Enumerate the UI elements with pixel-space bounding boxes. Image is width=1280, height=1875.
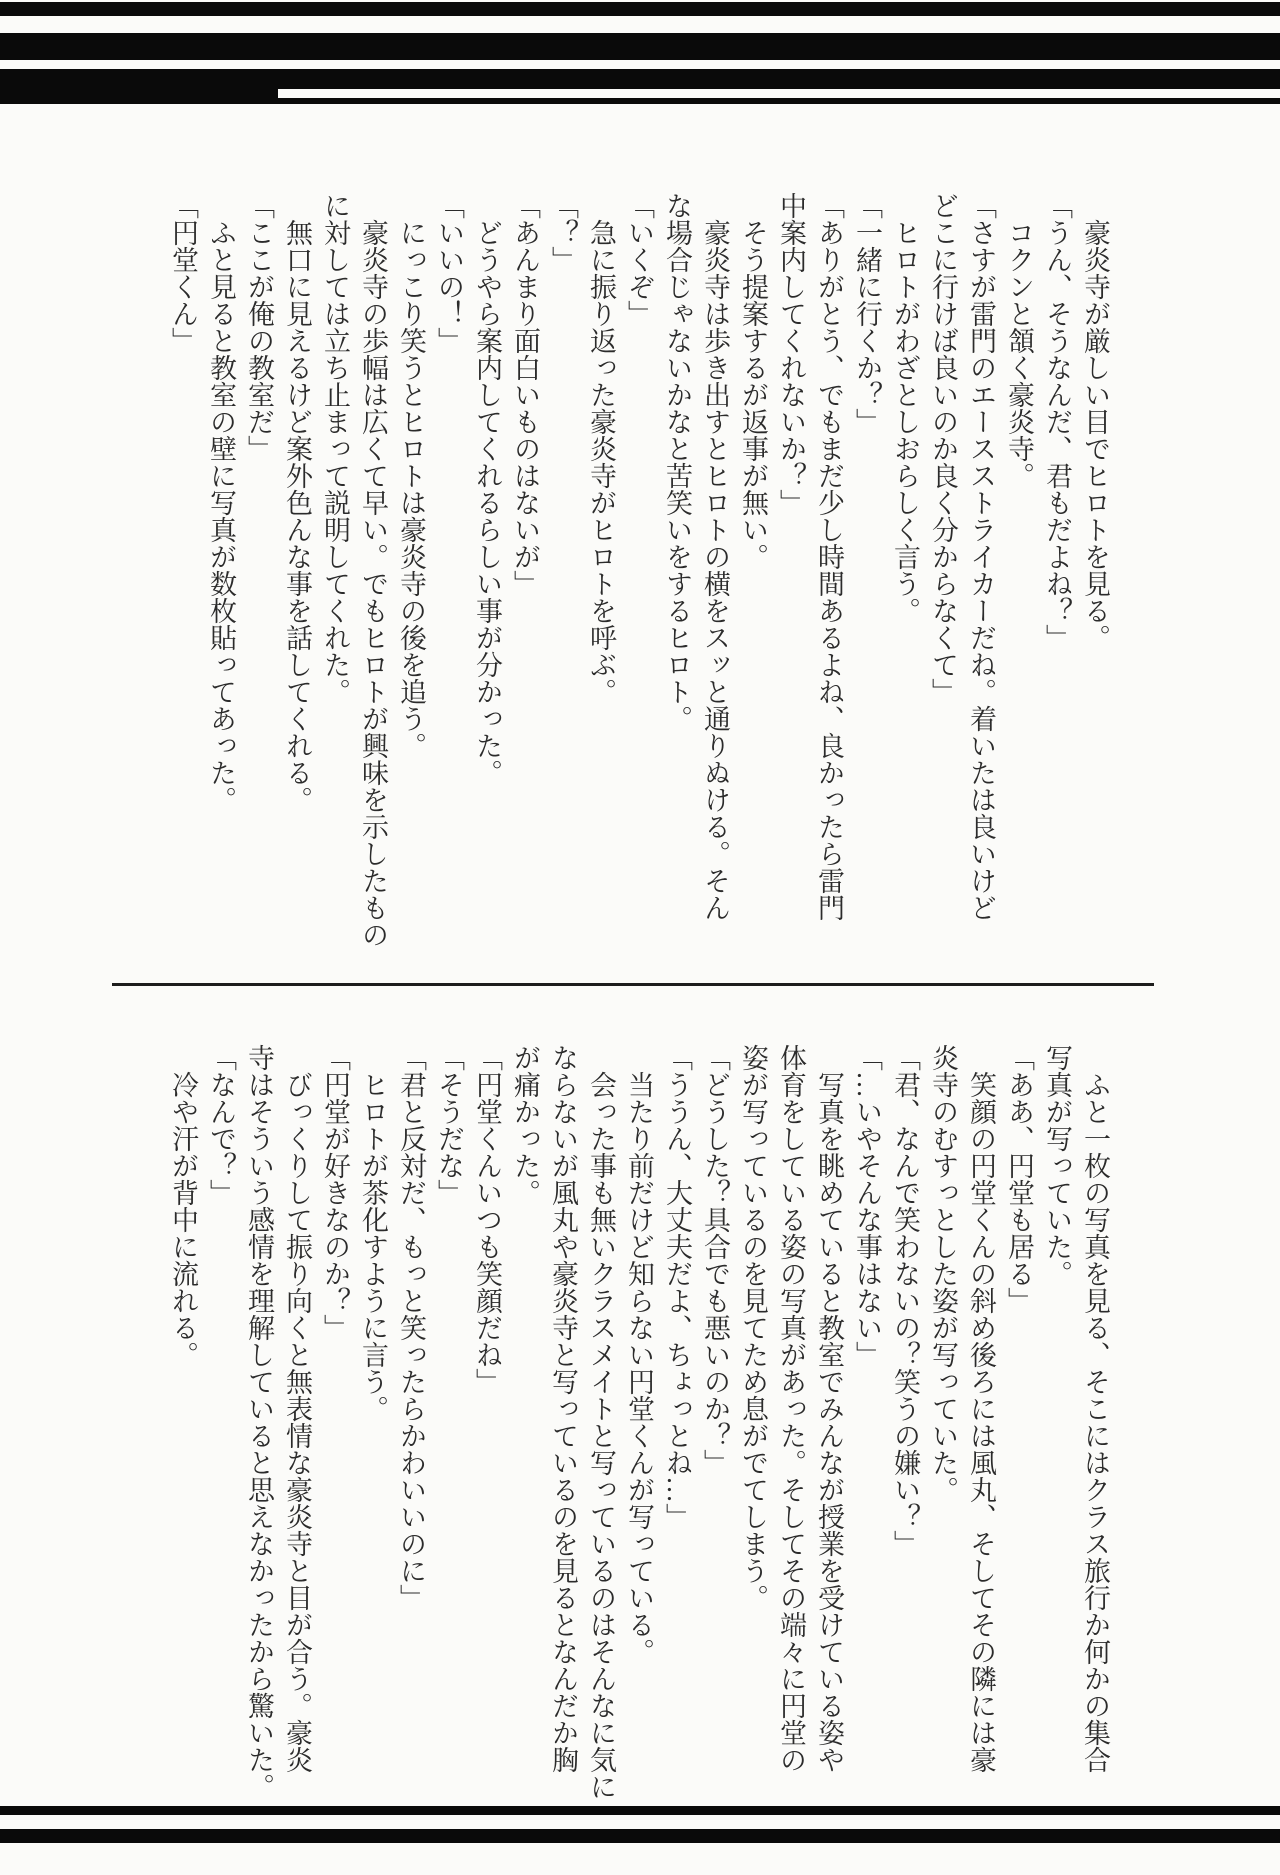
scanned-novel-page: 豪炎寺が厳しい目でヒロトを見る。「うん、そうなんだ、君もだよね？」 コクンと頷く… (0, 0, 1280, 1875)
text-column: 中案内してくれないか？」 (772, 192, 810, 937)
text-column: 「…いやそんな事はない」 (848, 1044, 886, 1810)
text-column: 笑顔の円堂くんの斜め後ろには風丸、そしてその隣には豪 (962, 1044, 1000, 1810)
text-column: 「君、なんで笑わないの？笑うの嫌い？」 (886, 1044, 924, 1810)
text-column: に対しては立ち止まって説明してくれた。 (316, 192, 354, 937)
text-column: 体育をしている姿の写真があった。そしてその端々に円堂の (772, 1044, 810, 1810)
bottom-stripe-2 (0, 1829, 1280, 1843)
text-column: 「一緒に行くか？」 (848, 192, 886, 937)
text-column: が痛かった。 (506, 1044, 544, 1810)
text-column: そう提案するが返事が無い。 (734, 192, 772, 937)
section-divider (112, 983, 1154, 986)
text-column: 無口に見えるけど案外色んな事を話してくれる。 (278, 192, 316, 937)
text-column: 「さすが雷門のエースストライカーだね。着いたは良いけど (962, 192, 1000, 937)
text-column: 写真が写っていた。 (1038, 1044, 1076, 1810)
text-column: どこに行けば良いのか良く分からなくて」 (924, 192, 962, 937)
text-column: 「？」 (544, 192, 582, 937)
text-column: 「ここが俺の教室だ」 (240, 192, 278, 937)
text-column: 写真を眺めていると教室でみんなが授業を受けている姿や (810, 1044, 848, 1810)
text-column: 「そうだな」 (430, 1044, 468, 1810)
text-column: どうやら案内してくれるらしい事が分かった。 (468, 192, 506, 937)
text-column: ヒロトが茶化すように言う。 (354, 1044, 392, 1810)
text-column: 「なんで？」 (202, 1044, 240, 1810)
text-column: 「ううん、大丈夫だよ、ちょっとね…」 (658, 1044, 696, 1810)
text-column: びっくりして振り向くと無表情な豪炎寺と目が合う。豪炎 (278, 1044, 316, 1810)
text-column: 「いくぞ」 (620, 192, 658, 937)
text-column: 「ああ、円堂も居る」 (1000, 1044, 1038, 1810)
text-column: 「円堂くん」 (164, 192, 202, 937)
text-column: 「円堂が好きなのか？」 (316, 1044, 354, 1810)
text-column: ふと見ると教室の壁に写真が数枚貼ってあった。 (202, 192, 240, 937)
text-column: コクンと頷く豪炎寺。 (1000, 192, 1038, 937)
text-column: 急に振り返った豪炎寺がヒロトを呼ぶ。 (582, 192, 620, 937)
bottom-stripe-1 (0, 1806, 1280, 1815)
text-column: 姿が写っているのを見てため息がでてしまう。 (734, 1044, 772, 1810)
text-column: 冷や汗が背中に流れる。 (164, 1044, 202, 1810)
text-block-bottom: ふと一枚の写真を見る、そこにはクラス旅行か何かの集合写真が写っていた。「ああ、円… (164, 1044, 1114, 1810)
top-stripe-2 (0, 33, 1280, 60)
text-column: 豪炎寺が厳しい目でヒロトを見る。 (1076, 192, 1114, 937)
text-block-top: 豪炎寺が厳しい目でヒロトを見る。「うん、そうなんだ、君もだよね？」 コクンと頷く… (164, 192, 1114, 937)
text-column: ふと一枚の写真を見る、そこにはクラス旅行か何かの集合 (1076, 1044, 1114, 1810)
text-column: 「君と反対だ、もっと笑ったらかわいいのに」 (392, 1044, 430, 1810)
text-column: 当たり前だけど知らない円堂くんが写っている。 (620, 1044, 658, 1810)
text-column: にっこり笑うとヒロトは豪炎寺の後を追う。 (392, 192, 430, 937)
text-column: な場合じゃないかなと苦笑いをするヒロト。 (658, 192, 696, 937)
text-column: ならないが風丸や豪炎寺と写っているのを見るとなんだか胸 (544, 1044, 582, 1810)
text-column: 会った事も無いクラスメイトと写っているのはそんなに気に (582, 1044, 620, 1810)
text-column: ヒロトがわざとしおらしく言う。 (886, 192, 924, 937)
text-column: 「ありがとう、でもまだ少し時間あるよね、良かったら雷門 (810, 192, 848, 937)
text-column: 「円堂くんいつも笑顔だね」 (468, 1044, 506, 1810)
text-column: 「いいの！」 (430, 192, 468, 937)
text-column: 「どうした？具合でも悪いのか？」 (696, 1044, 734, 1810)
text-column: 「うん、そうなんだ、君もだよね？」 (1038, 192, 1076, 937)
top-stripe-4 (0, 98, 1280, 104)
top-stripe-1 (0, 2, 1280, 16)
text-column: 寺はそういう感情を理解していると思えなかったから驚いた。 (240, 1044, 278, 1810)
text-column: 豪炎寺の歩幅は広くて早い。でもヒロトが興味を示したもの (354, 192, 392, 937)
text-column: 豪炎寺は歩き出すとヒロトの横をスッと通りぬける。そん (696, 192, 734, 937)
text-column: 炎寺のむすっとした姿が写っていた。 (924, 1044, 962, 1810)
text-column: 「あんまり面白いものはないが」 (506, 192, 544, 937)
